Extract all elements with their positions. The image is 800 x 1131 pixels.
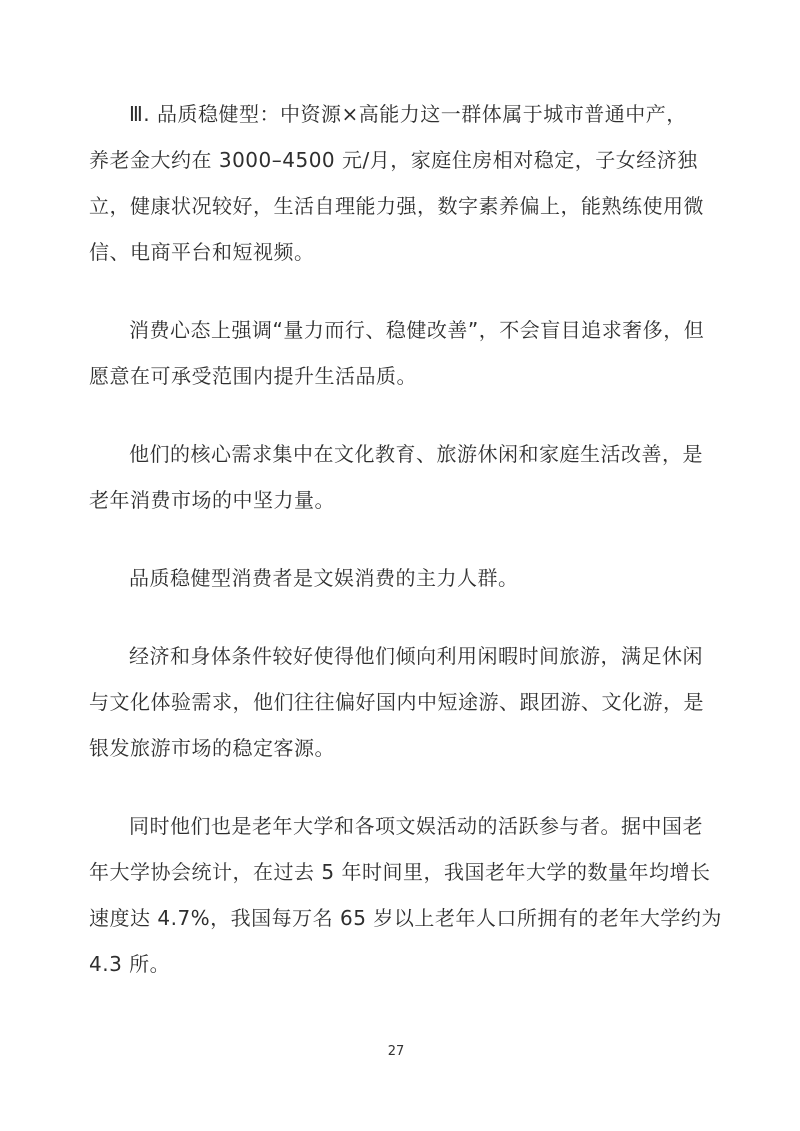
text-line: 与文化体验需求，他们往往偏好国内中短途游、跟团游、文化游，是 [89,679,711,725]
text-line: 年大学协会统计，在过去 5 年时间里，我国老年大学的数量年均增长 [89,849,711,895]
paragraph: 他们的核心需求集中在文化教育、旅游休闲和家庭生活改善，是老年消费市场的中坚力量。 [89,431,711,523]
paragraph: 同时他们也是老年大学和各项文娱活动的活跃参与者。据中国老年大学协会统计，在过去 … [89,803,711,987]
text-line: Ⅲ. 品质稳健型：中资源×高能力这一群体属于城市普通中产， [89,91,711,137]
text-line: 老年消费市场的中坚力量。 [89,477,711,523]
page-number: 27 [0,1044,792,1059]
text-line: 速度达 4.7%，我国每万名 65 岁以上老年人口所拥有的老年大学约为 [89,895,711,941]
text-line: 信、电商平台和短视频。 [89,229,711,275]
text-line: 同时他们也是老年大学和各项文娱活动的活跃参与者。据中国老 [89,803,711,849]
text-line: 立，健康状况较好，生活自理能力强，数字素养偏上，能熟练使用微 [89,183,711,229]
paragraph: Ⅲ. 品质稳健型：中资源×高能力这一群体属于城市普通中产，养老金大约在 3000… [89,91,711,275]
paragraph: 消费心态上强调“量力而行、稳健改善”，不会盲目追求奢侈，但愿意在可承受范围内提升… [89,307,711,399]
text-line: 愿意在可承受范围内提升生活品质。 [89,353,711,399]
text-line: 银发旅游市场的稳定客源。 [89,725,711,771]
text-line: 品质稳健型消费者是文娱消费的主力人群。 [89,555,711,601]
text-line: 4.3 所。 [89,941,711,987]
text-line: 养老金大约在 3000–4500 元/月，家庭住房相对稳定，子女经济独 [89,137,711,183]
document-page: Ⅲ. 品质稳健型：中资源×高能力这一群体属于城市普通中产，养老金大约在 3000… [0,0,800,1131]
document-body: Ⅲ. 品质稳健型：中资源×高能力这一群体属于城市普通中产，养老金大约在 3000… [89,91,711,1019]
text-line: 经济和身体条件较好使得他们倾向利用闲暇时间旅游，满足休闲 [89,633,711,679]
text-line: 消费心态上强调“量力而行、稳健改善”，不会盲目追求奢侈，但 [89,307,711,353]
paragraph: 经济和身体条件较好使得他们倾向利用闲暇时间旅游，满足休闲与文化体验需求，他们往往… [89,633,711,771]
text-line: 他们的核心需求集中在文化教育、旅游休闲和家庭生活改善，是 [89,431,711,477]
paragraph: 品质稳健型消费者是文娱消费的主力人群。 [89,555,711,601]
